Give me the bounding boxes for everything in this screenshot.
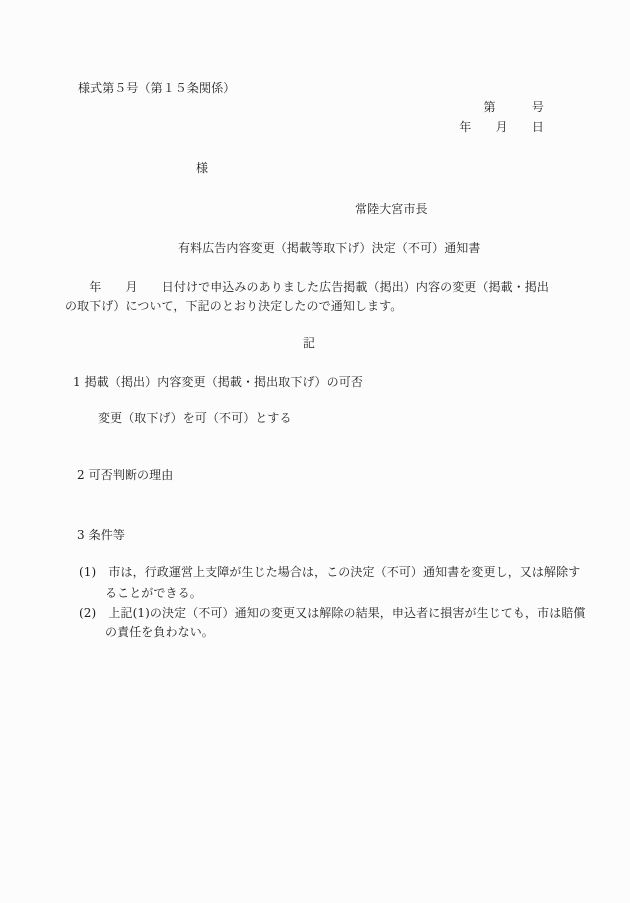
section-1-heading: 1 掲載（掲出）内容変更（掲載・掲出取下げ）の可否 — [73, 375, 363, 390]
section-2-heading: 2 可否判断の理由 — [77, 468, 173, 483]
sender-title: 常陸大宮市長 — [355, 202, 428, 217]
doc-number-line: 第 号 — [483, 100, 544, 115]
addressee-honorific: 様 — [196, 161, 208, 176]
date-line: 年 月 日 — [459, 120, 544, 135]
body-paragraph-line-2: の取下げ）について，下記のとおり決定したので通知します。 — [65, 299, 402, 314]
condition-1-line-1: (1) 市は，行政運営上支障が生じた場合は，この決定（不可）通知書を変更し，又は… — [79, 565, 580, 580]
condition-2-line-1: (2) 上記(1)の決定（不可）通知の変更又は解除の結果，申込者に損害が生じても… — [79, 606, 586, 621]
record-marker: 記 — [303, 336, 315, 351]
condition-2-line-2: の責任を負わない。 — [105, 625, 214, 640]
form-label: 様式第５号（第１５条関係） — [78, 81, 235, 96]
section-3-heading: 3 条件等 — [77, 528, 125, 543]
section-1-body: 変更（取下げ）を可（不可）とする — [98, 411, 292, 426]
body-paragraph-line-1: 年 月 日付けで申込みのありました広告掲載（掲出）内容の変更（掲載・掲出 — [65, 280, 549, 295]
document-title: 有料広告内容変更（掲載等取下げ）決定（不可）通知書 — [178, 241, 481, 256]
condition-1-line-2: ることができる。 — [105, 586, 202, 601]
document-page: 様式第５号（第１５条関係） 第 号 年 月 日 様 常陸大宮市長 有料広告内容変… — [0, 0, 630, 903]
